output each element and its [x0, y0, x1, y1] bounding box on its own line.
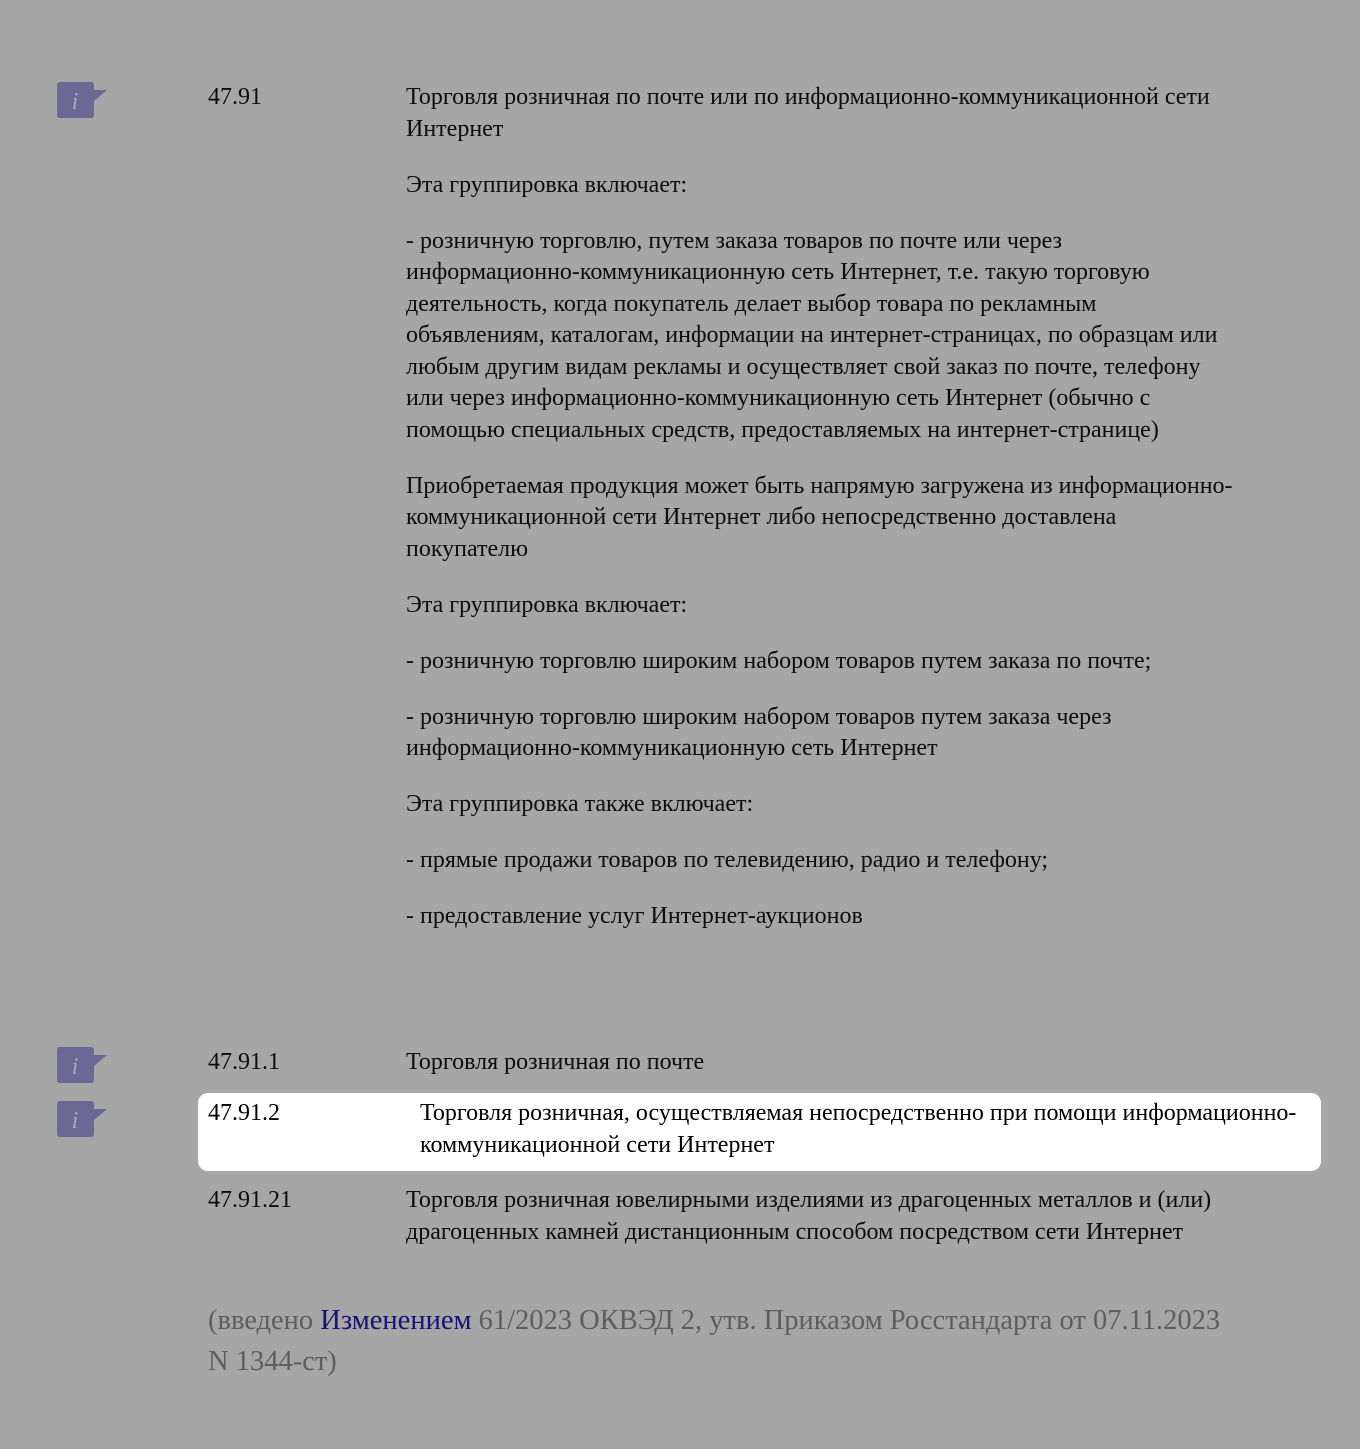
note-prefix: (введено	[208, 1305, 320, 1336]
svg-text:i: i	[72, 1108, 79, 1134]
entry-paragraph: Эта группировка включает:	[406, 590, 1241, 622]
entry-paragraph: - предоставление услуг Интернет-аукционо…	[406, 901, 1241, 933]
entry-paragraph: - розничную торговлю широким набором тов…	[406, 702, 1241, 765]
entry-code: 47.91.2	[208, 1098, 280, 1129]
entry-title: Торговля розничная, осуществляемая непос…	[420, 1098, 1300, 1161]
entry-title: Торговля розничная по почте	[406, 1047, 1241, 1079]
entry-code: 47.91.1	[208, 1047, 280, 1078]
entry-paragraph: Приобретаемая продукция может быть напря…	[406, 471, 1241, 566]
okved-entry-47-91-2-highlighted[interactable]: 47.91.2 Торговля розничная, осуществляем…	[198, 1093, 1321, 1171]
entry-paragraph: - розничную торговлю широким набором тов…	[406, 646, 1241, 678]
svg-text:i: i	[72, 89, 79, 115]
svg-text:i: i	[72, 1054, 79, 1080]
entry-title: Торговля розничная ювелирными изделиями …	[406, 1185, 1241, 1248]
info-icon[interactable]: i	[57, 1047, 107, 1083]
info-icon[interactable]: i	[57, 82, 107, 118]
entry-paragraph: - прямые продажи товаров по телевидению,…	[406, 845, 1241, 877]
entry-description: Торговля розничная по почте или по инфор…	[406, 82, 1241, 933]
entry-paragraph: - розничную торговлю, путем заказа товар…	[406, 226, 1241, 447]
entry-paragraph: Эта группировка включает:	[406, 170, 1241, 202]
entry-code: 47.91	[208, 82, 262, 113]
entry-paragraph: Эта группировка также включает:	[406, 789, 1241, 821]
amendment-note: (введено Изменением 61/2023 ОКВЭД 2, утв…	[208, 1300, 1238, 1382]
info-icon[interactable]: i	[57, 1101, 107, 1137]
entry-code: 47.91.21	[208, 1185, 292, 1216]
entry-title: Торговля розничная по почте или по инфор…	[406, 82, 1241, 145]
amendment-link[interactable]: Изменением	[320, 1305, 471, 1336]
